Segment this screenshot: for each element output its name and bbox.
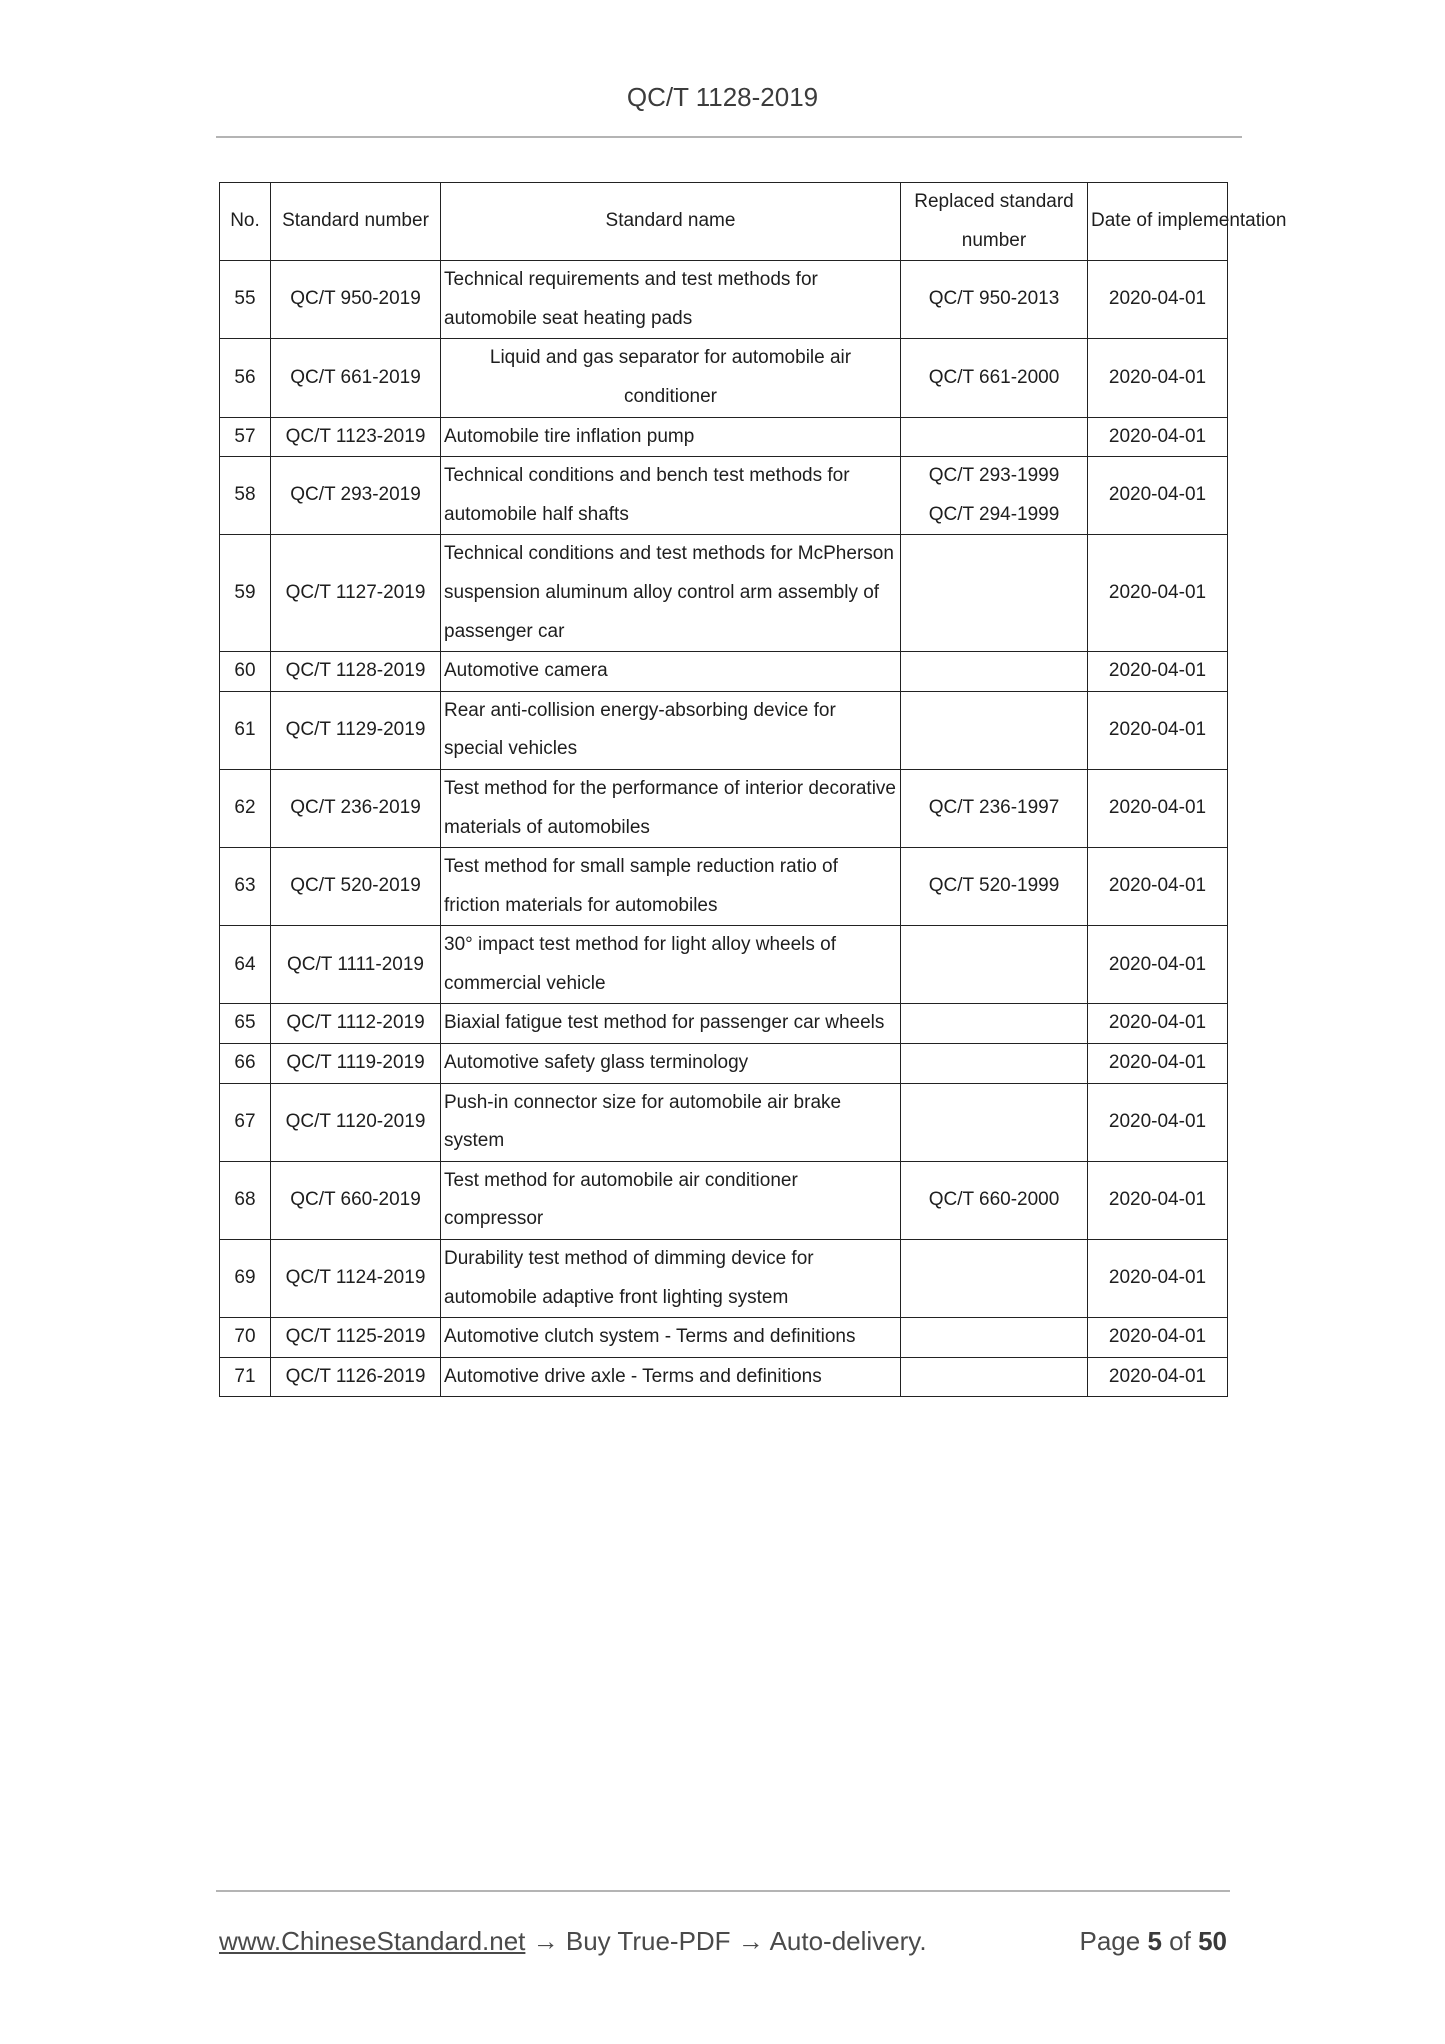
cell-standard-number: QC/T 293-2019 <box>271 457 441 535</box>
table-row: 57QC/T 1123-2019Automobile tire inflatio… <box>220 417 1228 457</box>
cell-standard-name: Technical conditions and test methods fo… <box>441 535 901 652</box>
cell-no: 62 <box>220 769 271 847</box>
cell-standard-number: QC/T 1129-2019 <box>271 691 441 769</box>
cell-date: 2020-04-01 <box>1088 457 1228 535</box>
cell-standard-number: QC/T 236-2019 <box>271 769 441 847</box>
cell-no: 70 <box>220 1318 271 1358</box>
cell-standard-name: Biaxial fatigue test method for passenge… <box>441 1004 901 1044</box>
page-indicator: Page 5 of 50 <box>1079 1926 1227 1957</box>
cell-date: 2020-04-01 <box>1088 1240 1228 1318</box>
cell-replaced-number <box>901 535 1088 652</box>
column-header-standard-name: Standard name <box>441 183 901 261</box>
cell-standard-number: QC/T 520-2019 <box>271 848 441 926</box>
cell-no: 69 <box>220 1240 271 1318</box>
table-row: 64QC/T 1111-201930° impact test method f… <box>220 926 1228 1004</box>
table-row: 68QC/T 660-2019Test method for automobil… <box>220 1161 1228 1239</box>
cell-standard-name: Liquid and gas separator for automobile … <box>441 339 901 417</box>
cell-no: 58 <box>220 457 271 535</box>
page-current: 5 <box>1147 1926 1161 1956</box>
column-header-date: Date of implementation <box>1088 183 1228 261</box>
cell-date: 2020-04-01 <box>1088 926 1228 1004</box>
table-row: 55QC/T 950-2019Technical requirements an… <box>220 261 1228 339</box>
cell-no: 64 <box>220 926 271 1004</box>
table-row: 56QC/T 661-2019Liquid and gas separator … <box>220 339 1228 417</box>
cell-no: 59 <box>220 535 271 652</box>
cell-date: 2020-04-01 <box>1088 339 1228 417</box>
cell-replaced-number <box>901 1240 1088 1318</box>
cell-replaced-number <box>901 926 1088 1004</box>
cell-standard-number: QC/T 1125-2019 <box>271 1318 441 1358</box>
column-header-replaced-number: Replaced standard number <box>901 183 1088 261</box>
cell-no: 67 <box>220 1083 271 1161</box>
cell-date: 2020-04-01 <box>1088 1161 1228 1239</box>
page-of: of <box>1169 1926 1191 1956</box>
page-label: Page <box>1079 1926 1140 1956</box>
cell-standard-name: Automotive safety glass terminology <box>441 1044 901 1084</box>
table-row: 65QC/T 1112-2019Biaxial fatigue test met… <box>220 1004 1228 1044</box>
promo-text: → Buy True-PDF → Auto-delivery. <box>525 1926 926 1956</box>
cell-no: 68 <box>220 1161 271 1239</box>
cell-standard-name: Automotive clutch system - Terms and def… <box>441 1318 901 1358</box>
cell-date: 2020-04-01 <box>1088 652 1228 692</box>
cell-replaced-number: QC/T 293-1999QC/T 294-1999 <box>901 457 1088 535</box>
standards-table: No. Standard number Standard name Replac… <box>219 182 1228 1397</box>
table-row: 67QC/T 1120-2019Push-in connector size f… <box>220 1083 1228 1161</box>
cell-standard-number: QC/T 1120-2019 <box>271 1083 441 1161</box>
cell-standard-name: Test method for the performance of inter… <box>441 769 901 847</box>
cell-date: 2020-04-01 <box>1088 769 1228 847</box>
cell-standard-number: QC/T 1112-2019 <box>271 1004 441 1044</box>
cell-no: 63 <box>220 848 271 926</box>
header-divider <box>216 136 1242 138</box>
cell-no: 55 <box>220 261 271 339</box>
cell-replaced-number <box>901 417 1088 457</box>
document-header-title: QC/T 1128-2019 <box>0 82 1445 113</box>
cell-standard-name: Test method for small sample reduction r… <box>441 848 901 926</box>
cell-standard-number: QC/T 1127-2019 <box>271 535 441 652</box>
cell-standard-number: QC/T 1111-2019 <box>271 926 441 1004</box>
cell-replaced-number: QC/T 236-1997 <box>901 769 1088 847</box>
cell-replaced-number <box>901 1004 1088 1044</box>
cell-no: 66 <box>220 1044 271 1084</box>
cell-date: 2020-04-01 <box>1088 417 1228 457</box>
page-footer: www.ChineseStandard.net → Buy True-PDF →… <box>219 1926 1227 1957</box>
cell-no: 61 <box>220 691 271 769</box>
cell-date: 2020-04-01 <box>1088 1357 1228 1397</box>
cell-replaced-number: QC/T 660-2000 <box>901 1161 1088 1239</box>
cell-replaced-number: QC/T 520-1999 <box>901 848 1088 926</box>
cell-standard-number: QC/T 661-2019 <box>271 339 441 417</box>
cell-no: 60 <box>220 652 271 692</box>
cell-replaced-number: QC/T 950-2013 <box>901 261 1088 339</box>
cell-standard-name: Durability test method of dimming device… <box>441 1240 901 1318</box>
cell-date: 2020-04-01 <box>1088 1083 1228 1161</box>
cell-no: 71 <box>220 1357 271 1397</box>
cell-date: 2020-04-01 <box>1088 848 1228 926</box>
cell-no: 57 <box>220 417 271 457</box>
cell-standard-name: Rear anti-collision energy-absorbing dev… <box>441 691 901 769</box>
cell-replaced-number <box>901 652 1088 692</box>
cell-date: 2020-04-01 <box>1088 1318 1228 1358</box>
page-total: 50 <box>1198 1926 1227 1956</box>
cell-replaced-number <box>901 1357 1088 1397</box>
cell-standard-name: Push-in connector size for automobile ai… <box>441 1083 901 1161</box>
table-row: 71QC/T 1126-2019Automotive drive axle - … <box>220 1357 1228 1397</box>
cell-replaced-number <box>901 1318 1088 1358</box>
cell-standard-name: 30° impact test method for light alloy w… <box>441 926 901 1004</box>
cell-date: 2020-04-01 <box>1088 691 1228 769</box>
cell-standard-number: QC/T 950-2019 <box>271 261 441 339</box>
website-link[interactable]: www.ChineseStandard.net <box>219 1926 525 1956</box>
table-row: 63QC/T 520-2019Test method for small sam… <box>220 848 1228 926</box>
cell-date: 2020-04-01 <box>1088 1044 1228 1084</box>
cell-standard-number: QC/T 660-2019 <box>271 1161 441 1239</box>
column-header-standard-number: Standard number <box>271 183 441 261</box>
cell-standard-name: Automotive drive axle - Terms and defini… <box>441 1357 901 1397</box>
table-row: 60QC/T 1128-2019Automotive camera2020-04… <box>220 652 1228 692</box>
table-header-row: No. Standard number Standard name Replac… <box>220 183 1228 261</box>
cell-standard-name: Technical requirements and test methods … <box>441 261 901 339</box>
cell-replaced-number <box>901 691 1088 769</box>
cell-replaced-number <box>901 1044 1088 1084</box>
table-row: 59QC/T 1127-2019Technical conditions and… <box>220 535 1228 652</box>
cell-replaced-number <box>901 1083 1088 1161</box>
cell-date: 2020-04-01 <box>1088 261 1228 339</box>
cell-standard-number: QC/T 1128-2019 <box>271 652 441 692</box>
cell-no: 56 <box>220 339 271 417</box>
table-row: 70QC/T 1125-2019Automotive clutch system… <box>220 1318 1228 1358</box>
column-header-no: No. <box>220 183 271 261</box>
cell-standard-number: QC/T 1119-2019 <box>271 1044 441 1084</box>
table-row: 61QC/T 1129-2019Rear anti-collision ener… <box>220 691 1228 769</box>
cell-standard-name: Automotive camera <box>441 652 901 692</box>
table-row: 69QC/T 1124-2019Durability test method o… <box>220 1240 1228 1318</box>
cell-standard-name: Technical conditions and bench test meth… <box>441 457 901 535</box>
cell-standard-name: Automobile tire inflation pump <box>441 417 901 457</box>
cell-no: 65 <box>220 1004 271 1044</box>
cell-standard-number: QC/T 1123-2019 <box>271 417 441 457</box>
table-row: 62QC/T 236-2019Test method for the perfo… <box>220 769 1228 847</box>
cell-standard-number: QC/T 1124-2019 <box>271 1240 441 1318</box>
table-row: 58QC/T 293-2019Technical conditions and … <box>220 457 1228 535</box>
cell-standard-number: QC/T 1126-2019 <box>271 1357 441 1397</box>
cell-date: 2020-04-01 <box>1088 1004 1228 1044</box>
cell-date: 2020-04-01 <box>1088 535 1228 652</box>
table-row: 66QC/T 1119-2019Automotive safety glass … <box>220 1044 1228 1084</box>
footer-divider <box>216 1890 1230 1892</box>
cell-replaced-number: QC/T 661-2000 <box>901 339 1088 417</box>
cell-standard-name: Test method for automobile air condition… <box>441 1161 901 1239</box>
